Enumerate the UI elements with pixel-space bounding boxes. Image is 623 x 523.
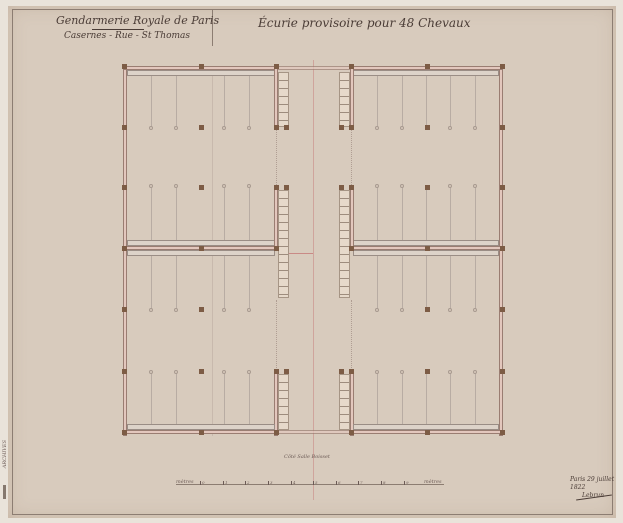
tie-ring [149,184,153,188]
signature-place-date: Paris 29 juillet [570,476,614,484]
stall-divider [377,186,378,240]
east-wall [499,66,503,436]
tie-ring [400,126,404,130]
stall-divider [450,186,451,240]
tie-ring [448,370,452,374]
pillar [274,246,279,251]
mid-right-west-wall [350,186,354,250]
pillar [500,64,505,69]
plan-caption: Côté Salle Boisset [284,454,330,460]
pillar [349,369,354,374]
pillar [199,307,204,312]
signature-year: 1822 [570,484,614,492]
stall-divider [249,372,250,424]
scale-tick [358,481,359,485]
stair-top-right [339,72,350,127]
scale-tick [336,481,337,485]
stall-divider [426,186,427,240]
stall-divider [426,372,427,424]
stall-divider [176,372,177,424]
tie-ring [473,370,477,374]
scale-tick [313,481,314,485]
pillar [425,185,430,190]
scale-tick [291,481,292,485]
stall-divider [224,372,225,424]
tie-ring [222,308,226,312]
tie-ring [149,370,153,374]
pillar [274,64,279,69]
scale-left-label: mètres [176,479,194,485]
stall-divider [249,186,250,240]
scale-tick [404,481,405,485]
central-north-wall [278,66,350,70]
stall-divider [402,256,403,310]
stall-divider [224,256,225,310]
tie-ring [222,184,226,188]
stall-divider [151,256,152,310]
pillar [199,430,204,435]
center-axis-line [313,60,314,500]
stall-divider [475,186,476,240]
pillar [122,246,127,251]
pillar [349,246,354,251]
tie-ring [247,126,251,130]
passage-dotted-line [351,130,352,185]
pillar [425,246,430,251]
stall-divider [450,372,451,424]
tie-ring [448,308,452,312]
tie-ring [375,370,379,374]
stall-divider [475,76,476,128]
stair-mid-right [339,190,350,298]
pillar [284,185,289,190]
pillar [500,369,505,374]
scale-tick [268,481,269,485]
stall-divider [402,76,403,128]
tie-ring [448,126,452,130]
pillar [339,125,344,130]
pillar [199,246,204,251]
top-right-west-wall [350,66,354,128]
tie-ring [400,308,404,312]
pillar [425,125,430,130]
tie-ring [247,308,251,312]
scale-tick-label: 5 [315,480,318,485]
scale-tick [381,481,382,485]
scale-tick [245,481,246,485]
scale-tick-label: 7 [360,480,363,485]
scale-tick-label: 0 [202,480,205,485]
pillar [339,185,344,190]
pillar [349,125,354,130]
stall-divider [224,76,225,128]
stair-top-left [278,72,289,127]
central-south-wall [278,430,350,434]
tie-ring [222,370,226,374]
stall-divider [224,186,225,240]
stall-divider [151,372,152,424]
stall-divider [402,186,403,240]
tie-ring [400,370,404,374]
pillar [274,369,279,374]
pillar [274,430,279,435]
pillar [500,185,505,190]
tie-ring [174,126,178,130]
tie-ring [473,126,477,130]
pillar [122,125,127,130]
pillar [500,125,505,130]
stall-divider [377,372,378,424]
tie-ring [247,370,251,374]
stall-divider [377,76,378,128]
tie-ring [149,308,153,312]
stair-bottom-right [339,374,350,430]
pillar [425,64,430,69]
stall-divider [402,372,403,424]
tie-ring [473,184,477,188]
scale-tick-label: 2 [247,480,250,485]
scale-right-label: mètres [424,479,442,485]
tie-ring [448,184,452,188]
tie-ring [174,184,178,188]
pillar [349,185,354,190]
tie-ring [375,126,379,130]
stall-divider [249,256,250,310]
tie-ring [400,184,404,188]
pillar [500,246,505,251]
stall-divider [249,76,250,128]
pillar [339,369,344,374]
pillar [122,307,127,312]
scale-tick-label: 9 [406,480,409,485]
pillar [199,185,204,190]
stall-divider [176,256,177,310]
stall-divider [475,372,476,424]
stall-divider [176,76,177,128]
stall-divider [176,186,177,240]
pillar [284,369,289,374]
stall-divider [151,186,152,240]
tie-ring [247,184,251,188]
tie-ring [375,308,379,312]
stall-divider [475,256,476,310]
floor-plan [0,0,623,523]
pillar [500,430,505,435]
tie-ring [149,126,153,130]
pillar [199,64,204,69]
pillar [122,430,127,435]
axis-connector [286,253,313,254]
pillar [122,185,127,190]
pillar [425,307,430,312]
pillar [500,307,505,312]
pillar [349,64,354,69]
pillar [274,125,279,130]
scale-tick [223,481,224,485]
scale-tick [200,481,201,485]
pillar [349,430,354,435]
tie-ring [375,184,379,188]
stair-bottom-left [278,374,289,430]
pillar [199,369,204,374]
pillar [274,185,279,190]
pillar [425,369,430,374]
pillar [425,430,430,435]
tie-ring [174,308,178,312]
stall-divider [151,76,152,128]
stall-divider [377,256,378,310]
stair-mid-left [278,190,289,298]
passage-dotted-line [276,300,277,370]
passage-dotted-line [276,130,277,185]
stall-divider [450,76,451,128]
tie-ring [222,126,226,130]
tie-ring [473,308,477,312]
scale-tick-label: 3 [270,480,273,485]
stall-divider [426,76,427,128]
scale-tick-label: 8 [383,480,386,485]
top-left-manger [127,70,275,76]
tie-ring [174,370,178,374]
pillar [199,125,204,130]
pillar [122,64,127,69]
stall-divider [426,256,427,310]
scale-tick-label: 6 [338,480,341,485]
scale-tick-label: 1 [225,480,228,485]
passage-dotted-line [351,300,352,370]
pillar [122,369,127,374]
stall-divider [450,256,451,310]
pillar [284,125,289,130]
scale-tick-label: 4 [293,480,296,485]
